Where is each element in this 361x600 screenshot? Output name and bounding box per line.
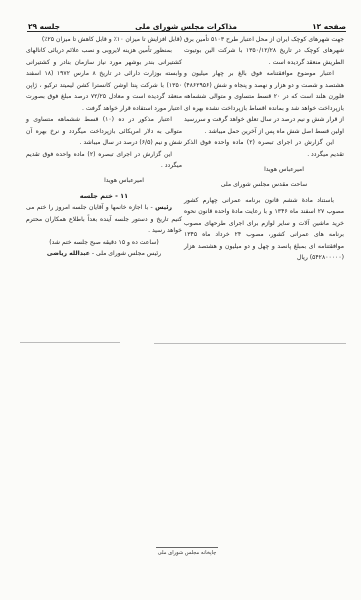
right-column: جهت شهرهای کوچک ایران از محل اعتبار طرح …: [184, 34, 344, 264]
page-title: مذاکرات مجلس شورای ملی: [135, 22, 237, 31]
paragraph: اعتبار موضوع موافقتنامه فوق بالغ بر چهار…: [184, 68, 344, 137]
printer-imprint: چاپخانه مجلس شورای ملی: [140, 550, 234, 556]
left-end-rule: [20, 342, 120, 343]
footer-divider: [156, 547, 218, 548]
right-end-rule: [154, 343, 346, 344]
closing-paragraph: رئیس - با اجازه خانمها و آقایان جلسه امر…: [26, 202, 182, 236]
signature: امیرعباس هویدا: [26, 175, 182, 186]
paragraph: اعتبار مذکور در ده (۱۰) قسط ششماهه متساو…: [26, 114, 182, 148]
paragraph: این گزارش در اجرای تبصره (۲) ماده واحده …: [184, 137, 344, 160]
speaker-label: رئیس: [155, 204, 172, 211]
paragraph: جهت شهرهای کوچک ایران از محل اعتبار طرح …: [184, 34, 344, 68]
paragraph: بمنظور تأمین هزینه لایروبی و نصب علائم د…: [26, 45, 182, 114]
page-header: صفحه ۱۲ مذاکرات مجلس شورای ملی جلسه ۲۹: [28, 19, 346, 31]
page-number: صفحه ۱۲: [312, 22, 346, 31]
paragraph: (قابل افزایش تا میزان ۱۰٪ و قابل کاهش تا…: [26, 34, 182, 45]
left-column: (قابل افزایش تا میزان ۱۰٪ و قابل کاهش تا…: [26, 34, 182, 260]
president-label: رئیس مجلس شورای ملی -: [90, 250, 161, 257]
closing-time: (ساعت ده و ۱۵ دقیقه صبح جلسه ختم شد): [26, 237, 182, 248]
paragraph: باستناد مادۀ ششم قانون برنامه عمرانی چها…: [184, 195, 344, 264]
addressee: ساحت مقدس مجلس شورای ملی: [184, 179, 344, 190]
paragraph: این گزارش در اجرای تبصره (۲) ماده واحده …: [26, 149, 182, 172]
header-divider: [27, 31, 346, 32]
section-heading: ۱۱ - ختم جلسه: [26, 191, 182, 202]
session-number: جلسه ۲۹: [28, 22, 60, 31]
president-signature: رئیس مجلس شورای ملی - عبدالله ریاضی: [26, 248, 182, 259]
signature: امیرعباس هویدا: [184, 164, 344, 175]
document-page: صفحه ۱۲ مذاکرات مجلس شورای ملی جلسه ۲۹ ج…: [0, 0, 361, 600]
president-name: عبدالله ریاضی: [47, 250, 90, 257]
